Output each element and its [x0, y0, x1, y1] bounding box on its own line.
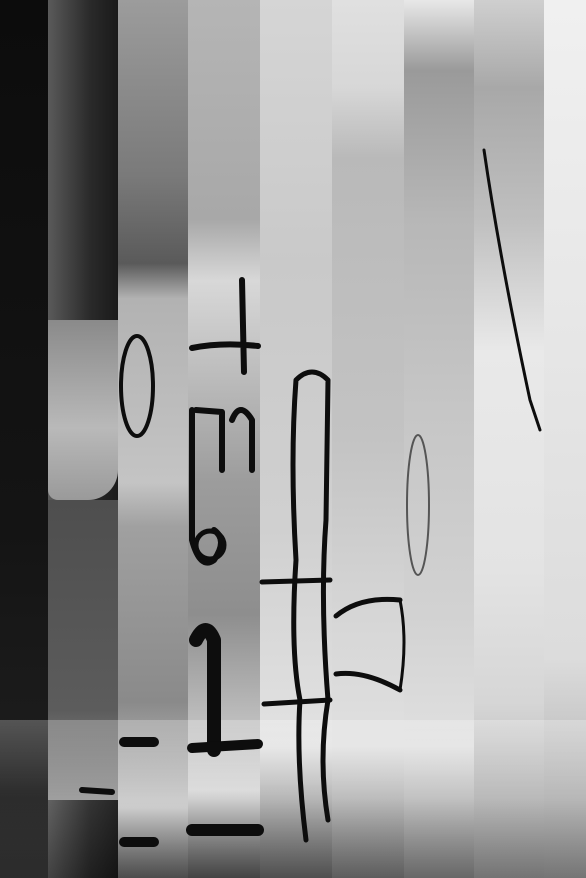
- thin-line-mark: [484, 150, 540, 430]
- artwork-canvas: [0, 0, 586, 878]
- ink-marks: [0, 0, 586, 878]
- horizontal-mark-1: [262, 580, 330, 582]
- oval-mark-2: [407, 435, 429, 575]
- wave-mark-1: [336, 599, 400, 616]
- bottom-blot-2: [82, 790, 112, 792]
- wave-mark-2: [336, 673, 400, 690]
- oval-mark-1: [121, 336, 153, 436]
- cross-mark: [192, 280, 258, 372]
- tall-loop-mark: [293, 372, 328, 840]
- column-mark: [196, 630, 214, 750]
- right-loop-mark: [400, 600, 404, 690]
- bottom-blot-3: [192, 744, 258, 748]
- horizontal-mark-2: [264, 700, 330, 704]
